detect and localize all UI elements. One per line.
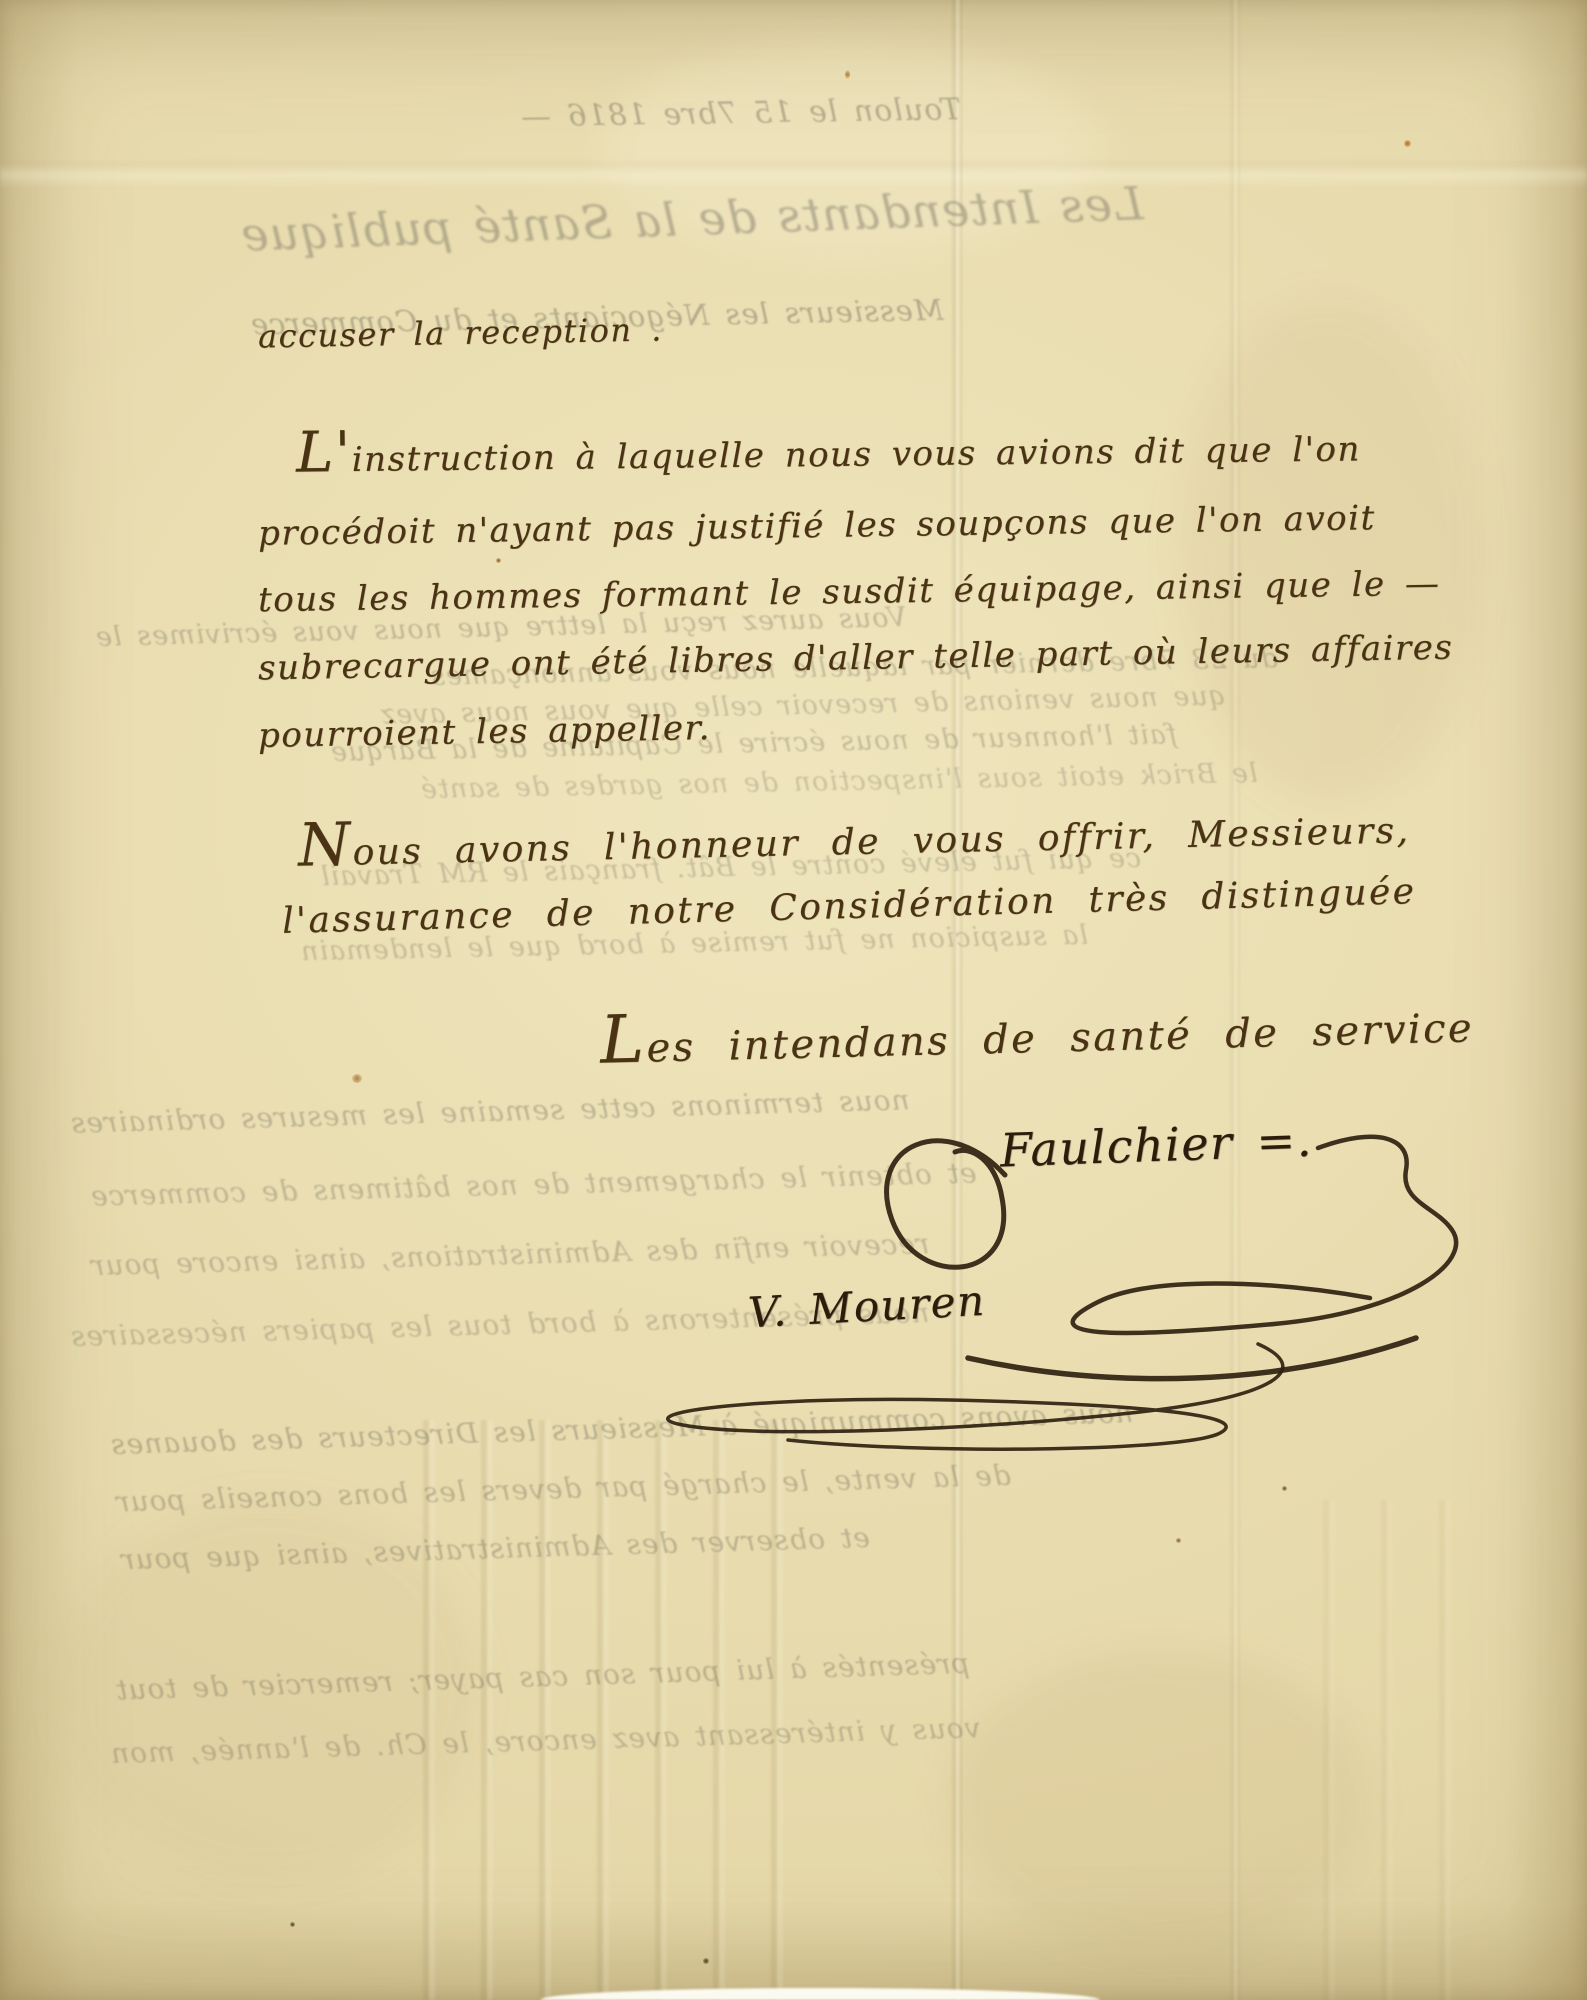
closing-line: Les intendans de santé de service (599, 991, 1474, 1072)
foxing-spot (496, 558, 501, 563)
letter-scan-page: Toulon le 15 7bre 1816 — Les Intendants … (0, 0, 1587, 2000)
crease-streaks (1300, 1500, 1480, 2000)
foxing-spot (1404, 140, 1411, 147)
foxing-spot (290, 1922, 295, 1927)
foxing-spot (703, 1958, 709, 1964)
bleedthrough-line: recevoir enfin des Administrations, ains… (90, 1227, 930, 1282)
bleedthrough-line: nous terminons cette semaine les mesures… (70, 1083, 910, 1139)
bleedthrough-line: et obtenir le chargement de nos bâtimens… (90, 1156, 977, 1212)
foxing-spot (1282, 1486, 1287, 1491)
vertical-fold-crease (950, 0, 964, 2000)
signature-mouren-flourish-icon (620, 1330, 1320, 1460)
horizontal-fold-crease (0, 162, 1587, 188)
paper-stain (1180, 300, 1480, 800)
foxing-spot (1176, 1538, 1181, 1543)
foxing-spot (845, 70, 850, 79)
foxing-spot (352, 1074, 362, 1083)
annotation-line: accuser la reception . (258, 310, 663, 355)
body-line-5: pourroient les appeller. (258, 708, 711, 756)
bleedthrough-line: le Brick etoit sous l'inspection de nos … (420, 758, 1258, 805)
